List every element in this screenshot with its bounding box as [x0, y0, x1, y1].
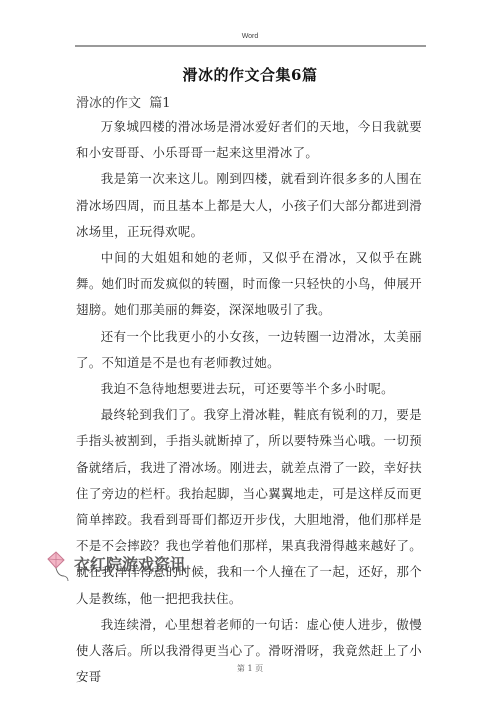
kite-icon [44, 550, 72, 584]
paragraph: 我连续滑，心里想着老师的一句话：虚心使人进步，傲慢使人落后。所以我滑得更当心了。… [76, 612, 422, 691]
paragraph: 还有一个比我更小的小女孩，一边转圈一边滑冰，太美丽了。不知道是不是也有老师教过她… [76, 324, 422, 376]
document-body: 万象城四楼的滑冰场是滑冰爱好者们的天地，今日我就要和小安哥哥、小乐哥哥一起来这里… [76, 114, 422, 690]
paragraph: 万象城四楼的滑冰场是滑冰爱好者们的天地，今日我就要和小安哥哥、小乐哥哥一起来这里… [76, 114, 422, 166]
paragraph: 我是第一次来这儿。刚到四楼，就看到许很多多的人围在滑冰场四周，而且基本上都是大人… [76, 166, 422, 245]
header-rule [75, 45, 426, 47]
paragraph: 中间的大姐姐和她的老师，又似乎在滑冰，又似乎在跳舞。她们时而发疯似的转圈，时而像… [76, 245, 422, 324]
watermark-text: 衣红院游戏资讯 [74, 552, 186, 575]
paragraph: 我迫不急待地想要进去玩，可还要等半个多小时呢。 [76, 376, 422, 402]
section-title: 滑冰的作文 篇1 [76, 92, 171, 111]
watermark: 衣红院游戏资讯 [44, 550, 186, 584]
page-number: 第 1 页 [0, 663, 500, 674]
document-title: 滑冰的作文合集6篇 [0, 64, 500, 85]
header-label: Word [0, 33, 500, 40]
